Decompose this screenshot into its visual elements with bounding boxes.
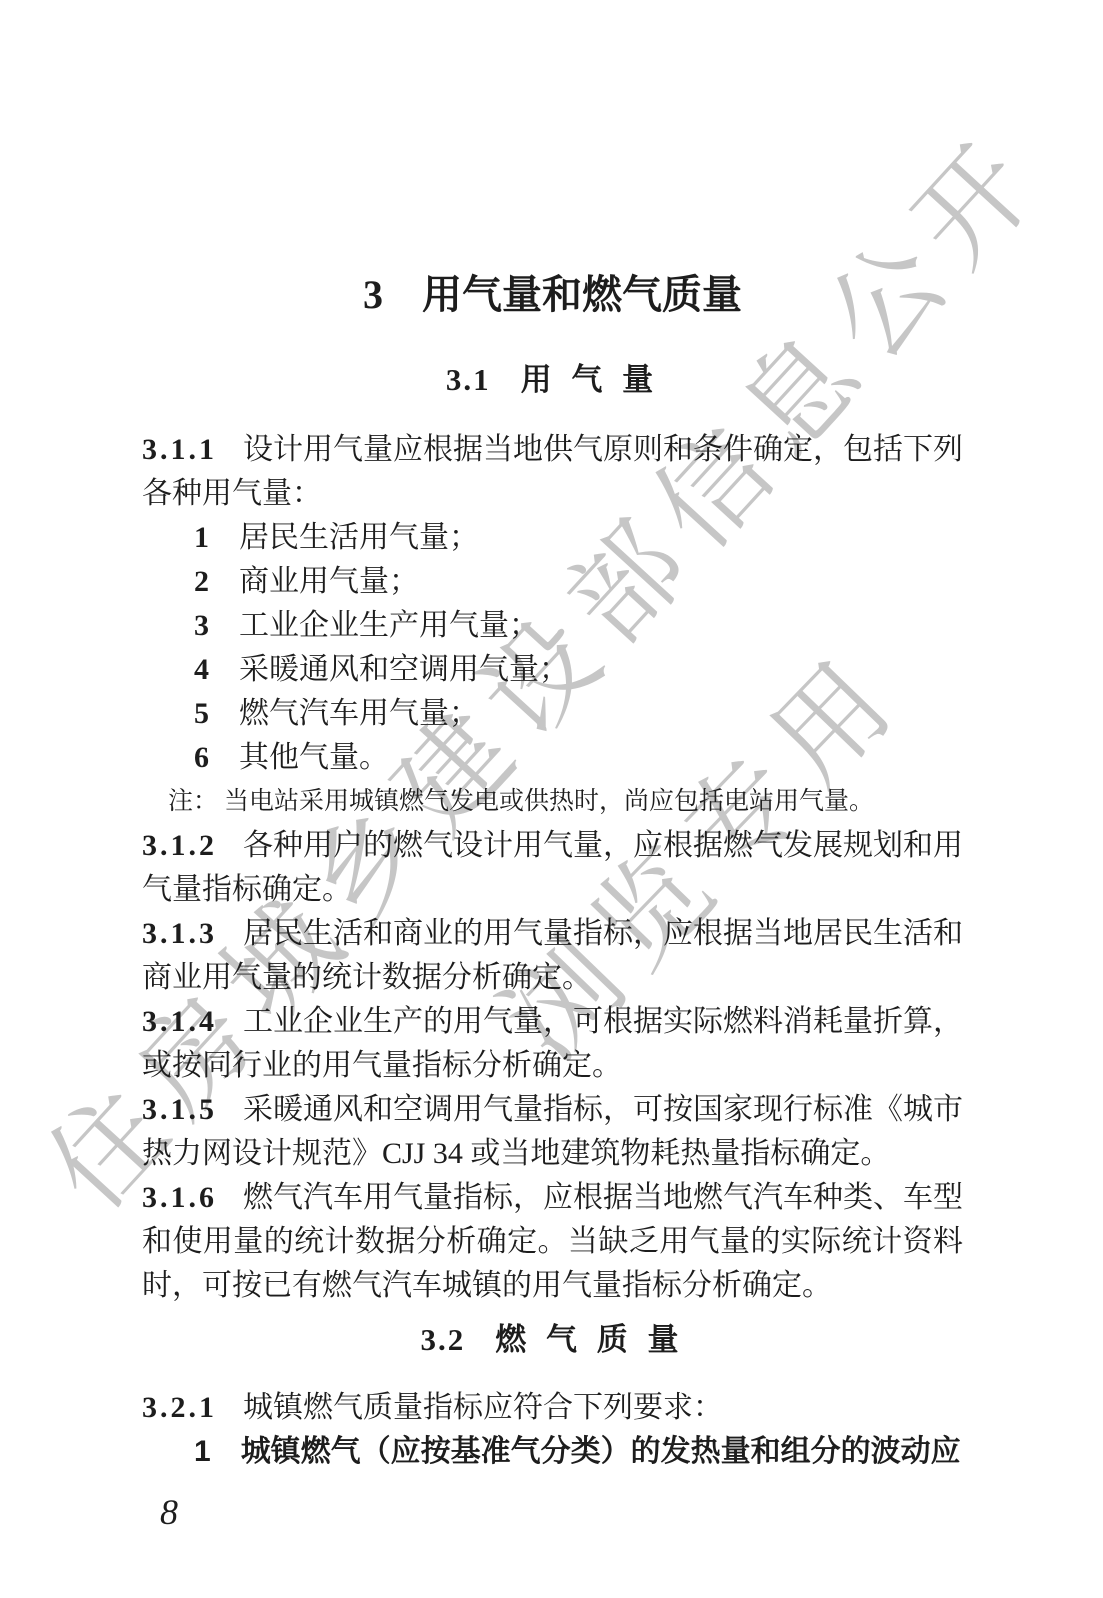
chapter-number: 3 — [363, 272, 384, 317]
note-text: 当电站采用城镇燃气发电或供热时，尚应包括电站用气量。 — [224, 788, 874, 815]
clause-number: 3.2.1 — [142, 1391, 217, 1424]
clause-number: 3.1.3 — [142, 917, 217, 950]
list-item: 1居民生活用气量； — [142, 516, 963, 560]
clause-3-2-1: 3.2.1城镇燃气质量指标应符合下列要求： — [142, 1386, 963, 1430]
chapter-title-text: 用气量和燃气质量 — [422, 272, 742, 317]
clause-text: 各种用户的燃气设计用气量，应根据燃气发展规划和用气量指标确定。 — [142, 829, 963, 906]
list-item-number: 4 — [194, 653, 209, 686]
clause-note: 注：当电站采用城镇燃气发电或供热时，尚应包括电站用气量。 — [142, 780, 963, 824]
clause-3-1-3: 3.1.3居民生活和商业的用气量指标，应根据当地居民生活和商业用气量的统计数据分… — [142, 912, 963, 1000]
note-label: 注： — [168, 788, 218, 815]
page-content: 3用气量和燃气质量 3.1用 气 量 3.1.1设计用气量应根据当地供气原则和条… — [142, 0, 963, 1474]
clause-number: 3.1.4 — [142, 1005, 217, 1038]
list-item-number: 1 — [194, 521, 209, 554]
clause-text: 设计用气量应根据当地供气原则和条件确定，包括下列各种用气量： — [142, 433, 963, 510]
list-item-text: 采暖通风和空调用气量； — [239, 653, 569, 686]
section-title-text: 燃 气 质 量 — [495, 1322, 684, 1357]
list-item: 6其他气量。 — [142, 736, 963, 780]
clause-number: 3.1.2 — [142, 829, 217, 862]
clause-number: 3.1.6 — [142, 1181, 217, 1214]
page-number: 8 — [160, 1492, 178, 1532]
list-item-number: 6 — [194, 741, 209, 774]
list-item-number: 1 — [194, 1435, 211, 1468]
list-item: 5燃气汽车用气量； — [142, 692, 963, 736]
chapter-title: 3用气量和燃气质量 — [142, 272, 963, 318]
list-item-text: 商业用气量； — [239, 565, 419, 598]
list-item: 2商业用气量； — [142, 560, 963, 604]
clause-3-1-1: 3.1.1设计用气量应根据当地供气原则和条件确定，包括下列各种用气量： — [142, 428, 963, 516]
list-item-number: 3 — [194, 609, 209, 642]
clause-text: 采暖通风和空调用气量指标，可按国家现行标准《城市热力网设计规范》CJJ 34 或… — [142, 1093, 963, 1170]
clause-text: 工业企业生产的用气量，可根据实际燃料消耗量折算，或按同行业的用气量指标分析确定。 — [142, 1005, 963, 1082]
list-item: 4采暖通风和空调用气量； — [142, 648, 963, 692]
list-item-bold: 1城镇燃气（应按基准气分类）的发热量和组分的波动应 — [142, 1430, 963, 1474]
list-item-text: 居民生活用气量； — [239, 521, 479, 554]
section-number: 3.1 — [446, 362, 491, 397]
list-item-text: 工业企业生产用气量； — [239, 609, 539, 642]
section-heading-3-2: 3.2燃 气 质 量 — [142, 1320, 963, 1360]
clause-3-1-2: 3.1.2各种用户的燃气设计用气量，应根据燃气发展规划和用气量指标确定。 — [142, 824, 963, 912]
clause-3-1-4: 3.1.4工业企业生产的用气量，可根据实际燃料消耗量折算，或按同行业的用气量指标… — [142, 1000, 963, 1088]
list-item-text: 其他气量。 — [239, 741, 389, 774]
clause-text: 城镇燃气质量指标应符合下列要求： — [243, 1391, 723, 1424]
list-item-text: 燃气汽车用气量； — [239, 697, 479, 730]
section-number: 3.2 — [421, 1322, 466, 1357]
list-item-text: 城镇燃气（应按基准气分类）的发热量和组分的波动应 — [241, 1435, 961, 1468]
clause-text: 居民生活和商业的用气量指标，应根据当地居民生活和商业用气量的统计数据分析确定。 — [142, 917, 963, 994]
list-item-number: 2 — [194, 565, 209, 598]
list-item-number: 5 — [194, 697, 209, 730]
section-heading-3-1: 3.1用 气 量 — [142, 360, 963, 400]
list-item: 3工业企业生产用气量； — [142, 604, 963, 648]
clause-3-1-5: 3.1.5采暖通风和空调用气量指标，可按国家现行标准《城市热力网设计规范》CJJ… — [142, 1088, 963, 1176]
clause-number: 3.1.1 — [142, 433, 217, 466]
section-title-text: 用 气 量 — [521, 362, 660, 397]
section-3-1-body: 3.1.1设计用气量应根据当地供气原则和条件确定，包括下列各种用气量： 1居民生… — [142, 428, 963, 1308]
clause-3-1-6: 3.1.6燃气汽车用气量指标，应根据当地燃气汽车种类、车型和使用量的统计数据分析… — [142, 1176, 963, 1308]
document-page: 住房城乡建设部信息公开 浏览专用 3用气量和燃气质量 3.1用 气 量 3.1.… — [0, 0, 1103, 1598]
clause-text: 燃气汽车用气量指标，应根据当地燃气汽车种类、车型和使用量的统计数据分析确定。当缺… — [142, 1181, 963, 1302]
clause-number: 3.1.5 — [142, 1093, 217, 1126]
